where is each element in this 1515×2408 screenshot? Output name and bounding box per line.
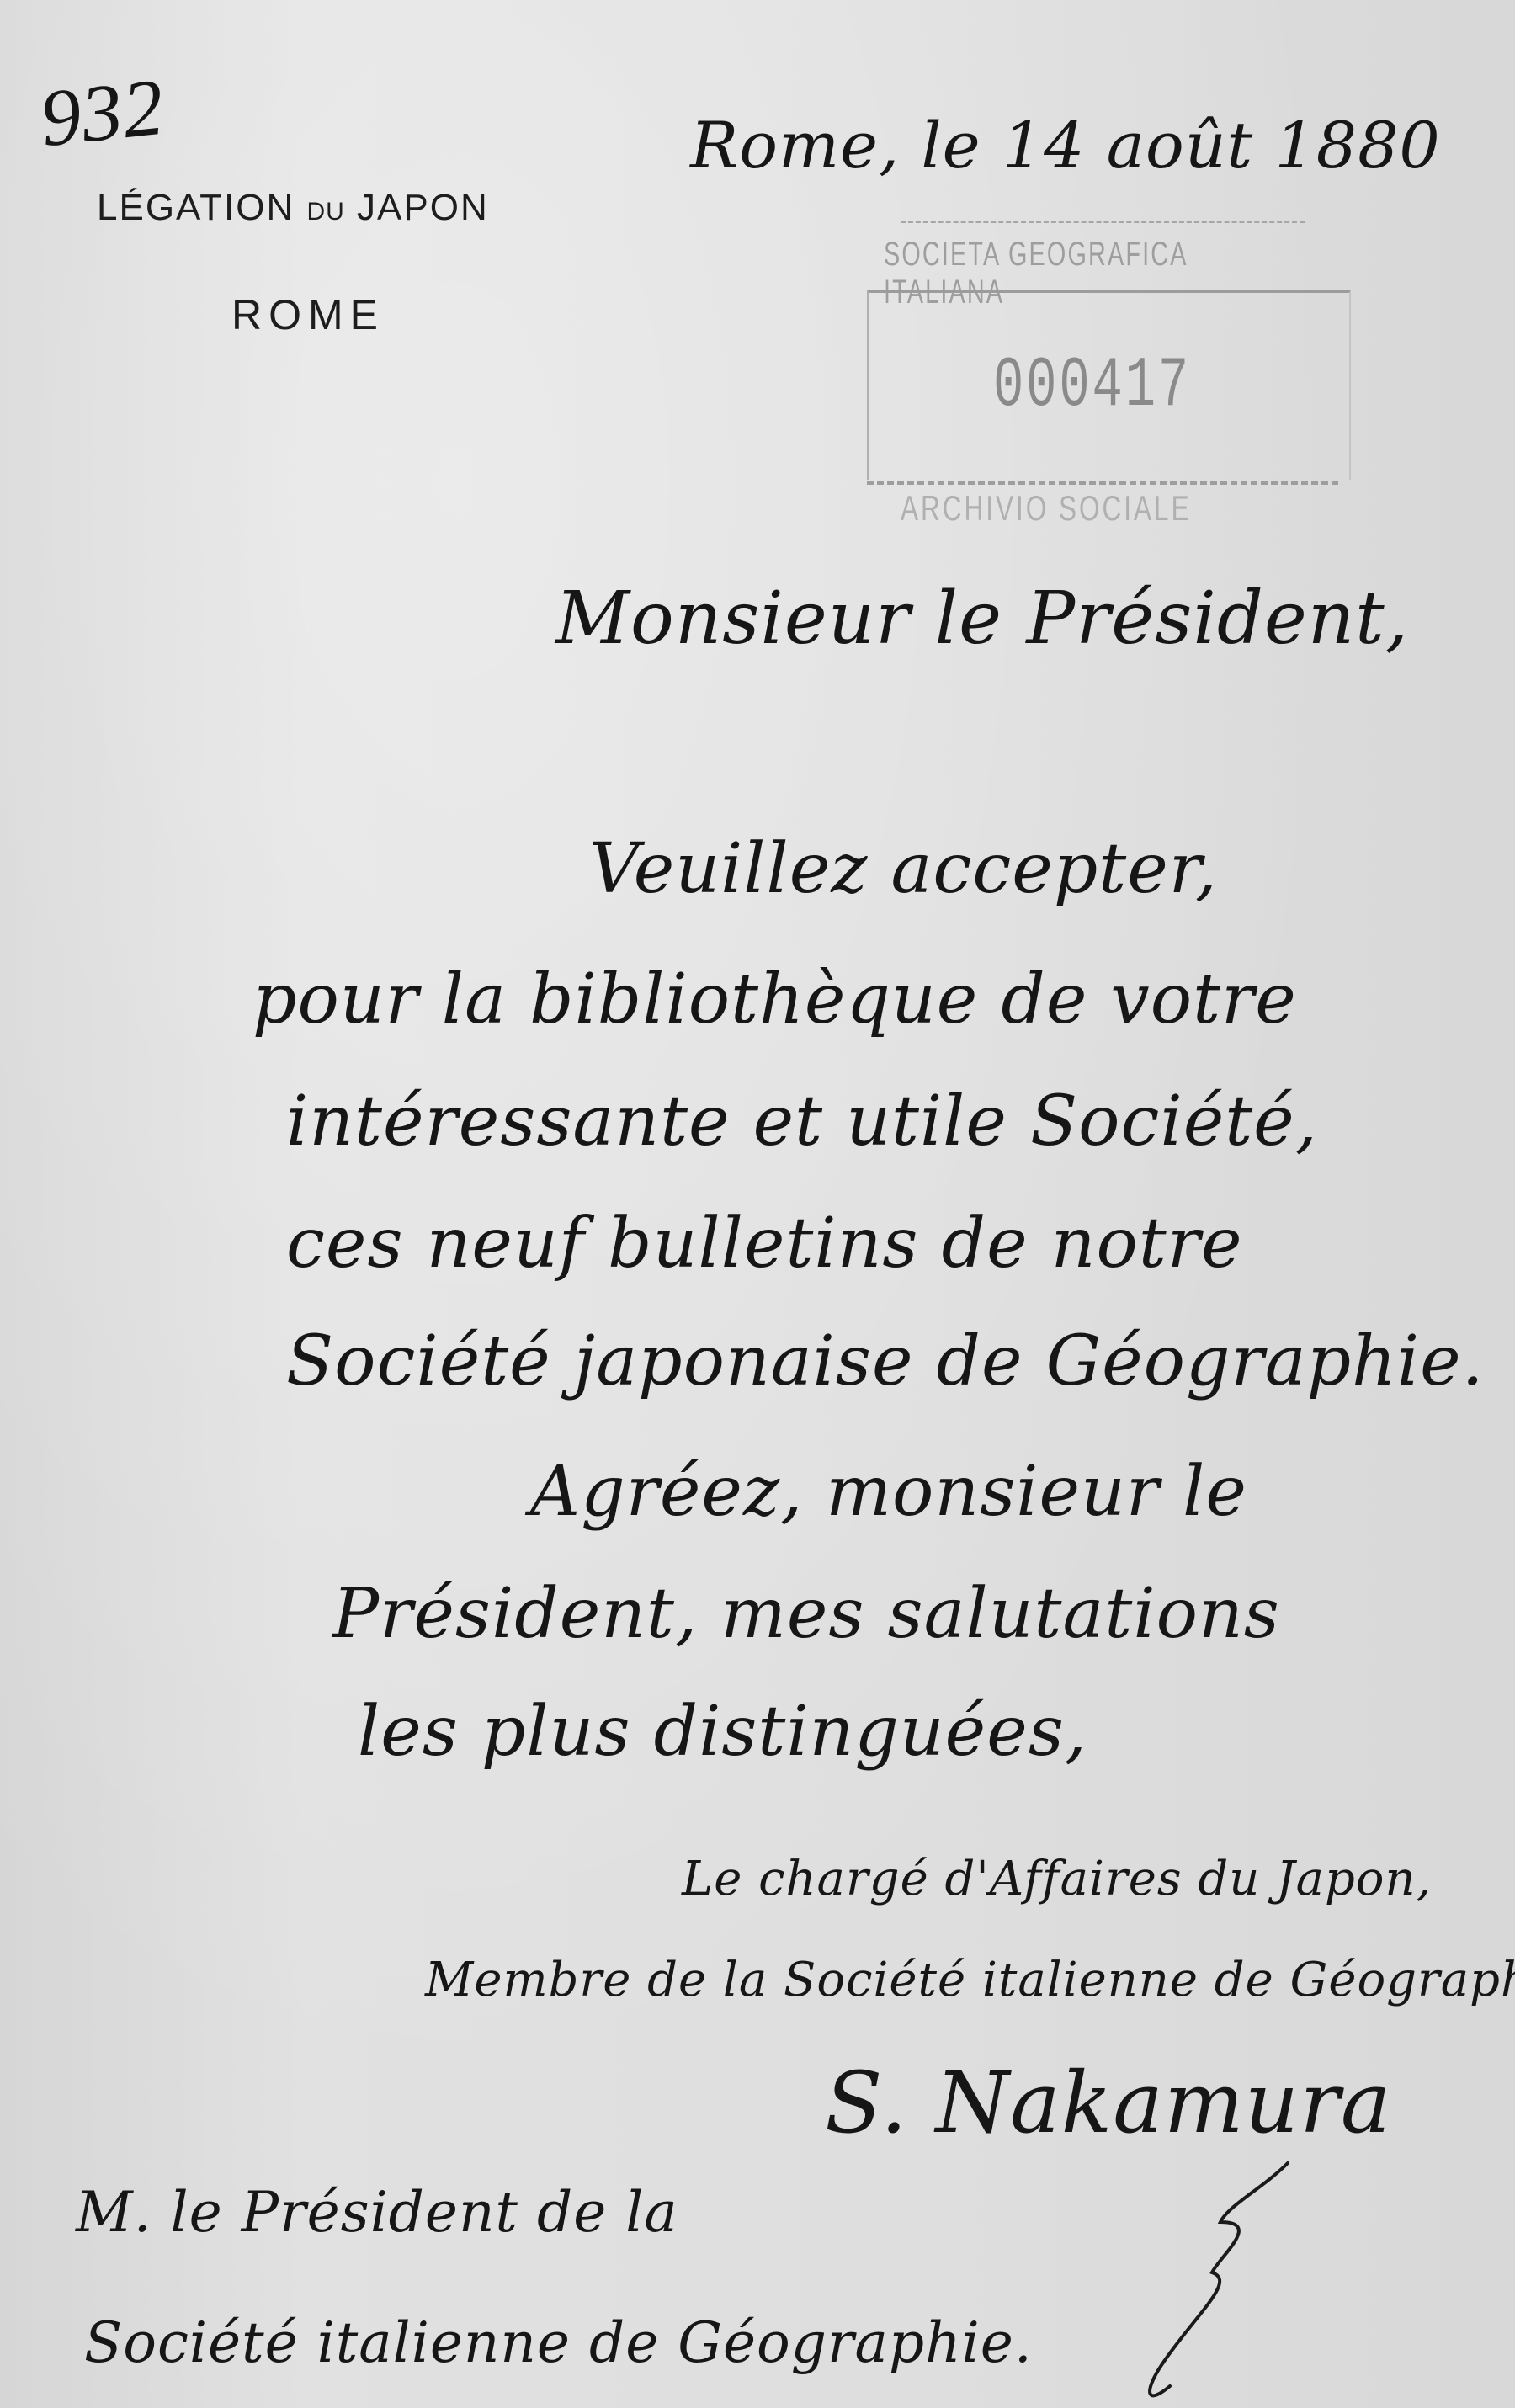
body-line: pour la bibliothèque de votre <box>252 959 1297 1039</box>
letterhead-word-japon: JAPON <box>357 187 489 228</box>
body-line: Veuillez accepter, <box>589 829 1218 909</box>
archive-number: 932 <box>36 60 169 166</box>
letterhead-city: ROME <box>231 290 385 339</box>
stamp-top-rule <box>901 221 1305 223</box>
letterhead-word-du: DU <box>306 198 344 226</box>
addressee-line: M. le Président de la <box>76 2180 678 2245</box>
body-line: ces neuf bulletins de notre <box>286 1204 1243 1284</box>
letterhead-legation: LÉGATION DU JAPON <box>97 187 489 229</box>
stamp-bottom-rule <box>867 481 1338 485</box>
stamp-department: ARCHIVIO SOCIALE <box>901 488 1192 529</box>
letter-date: Rome, le 14 août 1880 <box>690 108 1441 183</box>
closing-membership: Membre de la Société italienne de Géogra… <box>425 1953 1515 2007</box>
archive-stamp: SOCIETA GEOGRAFICA ITALIANA 000417 ARCHI… <box>867 221 1355 549</box>
closing-title: Le chargé d'Affaires du Japon, <box>682 1852 1432 1906</box>
signature-flourish-icon <box>1094 2155 1347 2407</box>
body-line: Président, mes salutations <box>332 1574 1280 1654</box>
signature: S. Nakamura <box>825 2054 1392 2152</box>
body-line: intéressante et utile Société, <box>286 1082 1318 1161</box>
addressee-line: Société italienne de Géographie. <box>84 2310 1033 2375</box>
body-line: Société japonaise de Géographie. <box>286 1321 1485 1401</box>
stamp-number: 000417 <box>993 347 1191 427</box>
letterhead-word-legation: LÉGATION <box>97 187 295 228</box>
salutation: Monsieur le Président, <box>555 577 1409 661</box>
body-line: les plus distinguées, <box>358 1692 1087 1772</box>
body-line: Agréez, monsieur le <box>530 1452 1247 1532</box>
